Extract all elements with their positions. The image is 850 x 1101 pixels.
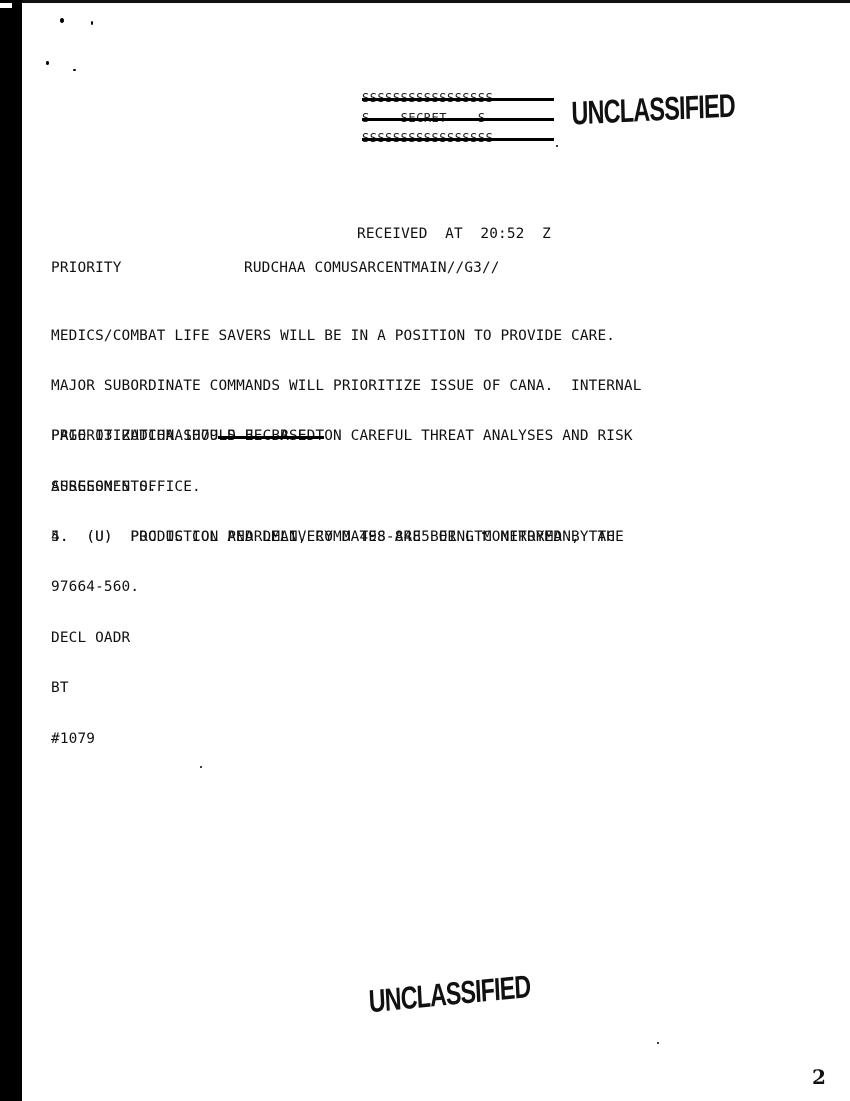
scan-top-tab [0, 3, 12, 8]
received-time: RECEIVED AT 20:52 Z [357, 226, 551, 243]
struck-secret-marking: S E C R E T [218, 428, 324, 444]
page-header-text: PAGE 03 RUDCHAA1079 [51, 428, 218, 444]
body-line: MEDICS/COMBAT LIFE SAVERS WILL BE IN A P… [51, 328, 642, 345]
message-tail: SURGEON'S OFFICE. 5. (U) POC IS COL PEAR… [51, 445, 615, 764]
struck-classification-banner: SSSSSSSSSSSSSSSSS S SECRET S SSSSSSSSSSS… [362, 90, 554, 146]
body-line: #1079 [51, 731, 615, 748]
unclassified-stamp-top: UNCLASSIFIED [571, 88, 735, 133]
scan-left-margin-bar [0, 0, 22, 1101]
handwritten-page-number: 2 [812, 1065, 826, 1089]
page-header: PAGE 03 RUDCHAA1079 S E C R E T [51, 428, 324, 445]
struck-classification-line: SSSSSSSSSSSSSSSSS [362, 90, 554, 106]
body-line: BT [51, 680, 615, 697]
routing-indicator: RUDCHAA COMUSARCENTMAIN//G3// [244, 260, 500, 277]
unclassified-stamp-bottom: UNCLASSIFIED [368, 969, 531, 1021]
scan-speck [60, 18, 64, 23]
scan-speck [657, 1042, 659, 1044]
body-line: MAJOR SUBORDINATE COMMANDS WILL PRIORITI… [51, 378, 642, 395]
body-line: SURGEON'S OFFICE. [51, 479, 615, 496]
body-line: 97664-560. [51, 579, 615, 596]
struck-classification-line: SSSSSSSSSSSSSSSSS [362, 130, 554, 146]
scan-speck [200, 766, 202, 768]
scan-speck [73, 69, 76, 71]
scan-top-edge [0, 0, 850, 3]
body-line: DECL OADR [51, 630, 615, 647]
scan-speck [556, 145, 558, 147]
struck-classification-line: S SECRET S [362, 110, 554, 126]
precedence: PRIORITY [51, 260, 122, 277]
scan-speck [91, 21, 93, 25]
scan-speck [46, 61, 49, 65]
body-line: 5. (U) POC IS COL PEARLMAN, COMM 498-848… [51, 529, 615, 546]
